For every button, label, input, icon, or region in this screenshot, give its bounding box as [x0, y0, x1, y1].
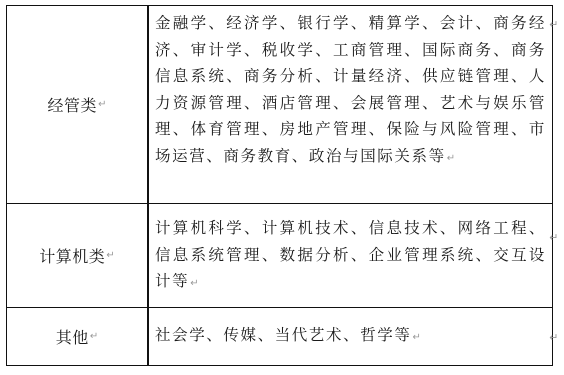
category-cell: 经管类↵	[7, 6, 147, 203]
majors-text: 社会学、传媒、当代艺术、哲学等	[155, 326, 412, 344]
column-divider	[147, 308, 149, 365]
category-label: 计算机类	[39, 244, 105, 267]
column-divider	[147, 204, 149, 307]
paragraph-mark-icon: ↵	[90, 331, 98, 342]
paragraph-mark-icon: ↵	[106, 250, 114, 261]
majors-table: 经管类↵ 金融学、经济学、银行学、精算学、会计、商务经济、审计学、税收学、工商管…	[6, 5, 553, 366]
majors-text: 计算机科学、计算机技术、信息技术、网络工程、信息系统管理、数据分析、企业管理系统…	[155, 219, 546, 290]
category-cell: 其他↵	[7, 308, 147, 365]
category-label: 经管类	[48, 93, 98, 116]
majors-text: 金融学、经济学、银行学、精算学、会计、商务经济、审计学、税收学、工商管理、国际商…	[155, 14, 546, 165]
row-end-mark-icon: ↵	[549, 325, 560, 352]
table-row-other: 其他↵ 社会学、传媒、当代艺术、哲学等↵ ↵	[7, 307, 552, 365]
table-row-business: 经管类↵ 金融学、经济学、银行学、精算学、会计、商务经济、审计学、税收学、工商管…	[7, 6, 552, 203]
table-row-computer: 计算机类↵ 计算机科学、计算机技术、信息技术、网络工程、信息系统管理、数据分析、…	[7, 203, 552, 307]
row-end-mark-icon: ↵	[549, 225, 560, 252]
majors-cell: 金融学、经济学、银行学、精算学、会计、商务经济、审计学、税收学、工商管理、国际商…	[155, 10, 546, 172]
majors-cell: 社会学、传媒、当代艺术、哲学等↵ ↵	[155, 322, 546, 352]
column-divider	[147, 6, 149, 203]
paragraph-mark-icon: ↵	[413, 332, 421, 343]
paragraph-mark-icon: ↵	[447, 153, 455, 164]
row-end-mark-icon: ↵	[549, 12, 560, 39]
category-cell: 计算机类↵	[7, 204, 147, 307]
paragraph-mark-icon: ↵	[190, 278, 198, 289]
majors-cell: 计算机科学、计算机技术、信息技术、网络工程、信息系统管理、数据分析、企业管理系统…	[155, 215, 546, 298]
paragraph-mark-icon: ↵	[98, 99, 106, 110]
category-label: 其他	[56, 325, 89, 348]
